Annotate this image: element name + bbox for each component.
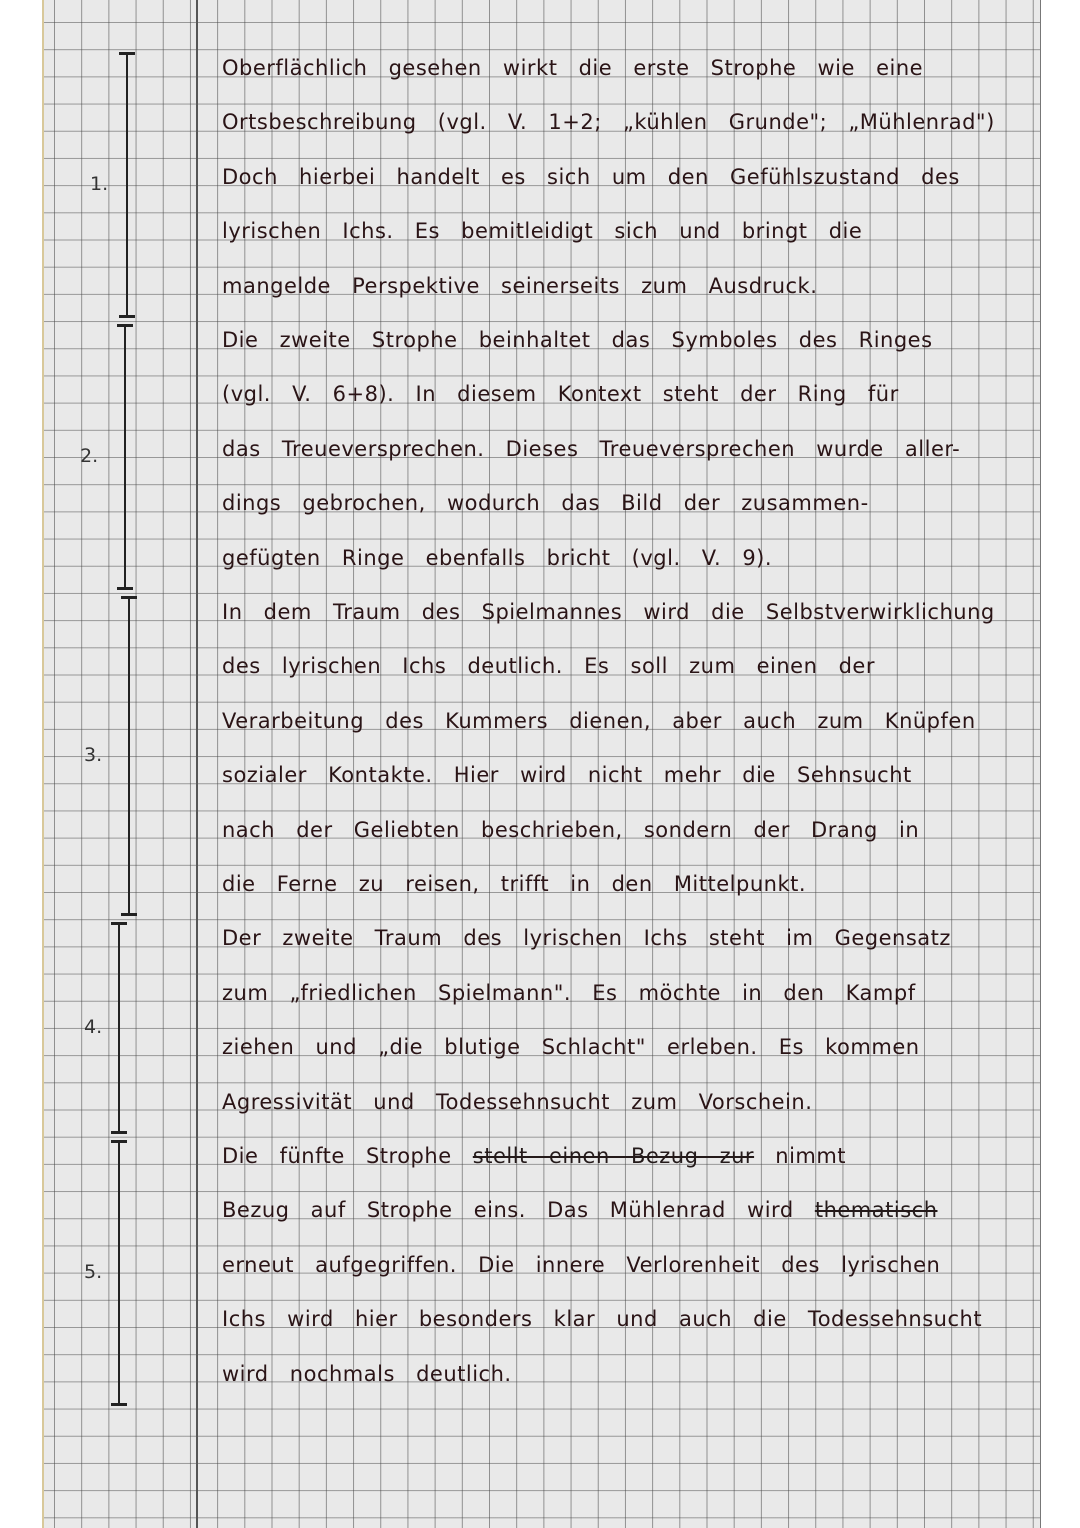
- section-number: 2.: [80, 445, 98, 467]
- text-segment: wird nochmals deutlich.: [222, 1362, 512, 1386]
- section-bracket: [126, 52, 128, 318]
- text-line: Ortsbeschreibung (vgl. V. 1+2; „kühlen G…: [222, 110, 995, 134]
- section-number: 5.: [84, 1261, 102, 1283]
- section-number: 1.: [90, 173, 108, 195]
- text-segment: erneut aufgegriffen. Die innere Verloren…: [222, 1253, 940, 1277]
- text-line: nach der Geliebten beschrieben, sondern …: [222, 818, 919, 842]
- text-segment: nimmt: [754, 1144, 846, 1168]
- text-line: Die fünfte Strophe stellt einen Bezug zu…: [222, 1144, 846, 1168]
- margin-line: [196, 0, 198, 1528]
- text-line: des lyrischen Ichs deutlich. Es soll zum…: [222, 654, 875, 678]
- text-line: das Treueversprechen. Dieses Treueverspr…: [222, 437, 960, 461]
- text-line: wird nochmals deutlich.: [222, 1362, 512, 1386]
- struck-text: thematisch: [815, 1198, 938, 1222]
- text-line: mangelde Perspektive seinerseits zum Aus…: [222, 274, 817, 298]
- text-line: zum „friedlichen Spielmann". Es möchte i…: [222, 981, 916, 1005]
- text-line: Verarbeitung des Kummers dienen, aber au…: [222, 709, 976, 733]
- struck-text: stellt einen Bezug zur: [473, 1144, 754, 1168]
- section-bracket: [124, 324, 126, 590]
- section-number: 4.: [84, 1016, 102, 1038]
- text-segment: Ichs wird hier besonders klar und auch d…: [222, 1307, 982, 1331]
- text-line: Der zweite Traum des lyrischen Ichs steh…: [222, 926, 951, 950]
- text-line: lyrischen Ichs. Es bemitleidigt sich und…: [222, 219, 862, 243]
- text-line: Bezug auf Strophe eins. Das Mühlenrad wi…: [222, 1198, 938, 1222]
- text-line: erneut aufgegriffen. Die innere Verloren…: [222, 1253, 940, 1277]
- text-line: Ichs wird hier besonders klar und auch d…: [222, 1307, 982, 1331]
- text-line: In dem Traum des Spielmannes wird die Se…: [222, 600, 995, 624]
- text-segment: Die fünfte Strophe: [222, 1144, 473, 1168]
- section-bracket: [128, 596, 130, 916]
- text-line: sozialer Kontakte. Hier wird nicht mehr …: [222, 763, 912, 787]
- text-line: ziehen und „die blutige Schlacht" erlebe…: [222, 1035, 920, 1059]
- text-line: Oberflächlich gesehen wirkt die erste St…: [222, 56, 923, 80]
- section-bracket: [118, 922, 120, 1133]
- text-line: Agressivität und Todessehnsucht zum Vors…: [222, 1090, 812, 1114]
- text-segment: Bezug auf Strophe eins. Das Mühlenrad wi…: [222, 1198, 815, 1222]
- text-line: Doch hierbei handelt es sich um den Gefü…: [222, 165, 960, 189]
- text-line: Die zweite Strophe beinhaltet das Symbol…: [222, 328, 933, 352]
- text-line: gefügten Ringe ebenfalls bricht (vgl. V.…: [222, 546, 772, 570]
- section-number: 3.: [84, 744, 102, 766]
- text-line: (vgl. V. 6+8). In diesem Kontext steht d…: [222, 382, 899, 406]
- text-line: die Ferne zu reisen, trifft in den Mitte…: [222, 872, 806, 896]
- section-bracket: [118, 1140, 120, 1406]
- text-line: dings gebrochen, wodurch das Bild der zu…: [222, 491, 869, 515]
